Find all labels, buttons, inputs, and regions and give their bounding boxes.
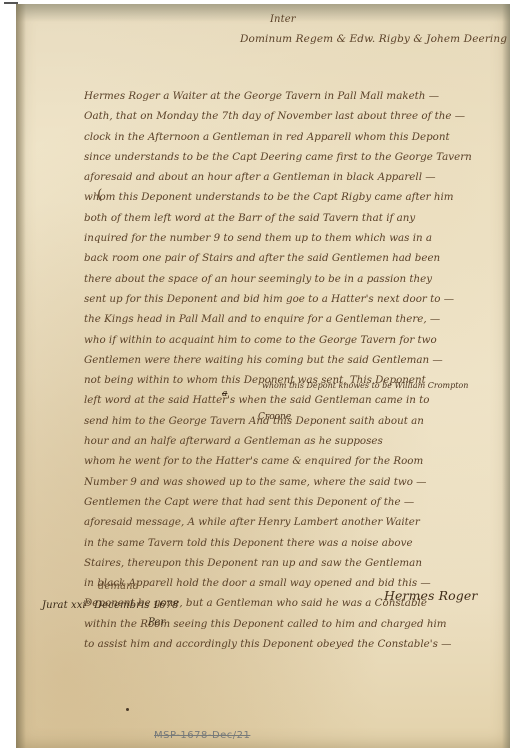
body-line: Hermes Roger a Waiter at the George Tave… <box>84 86 504 106</box>
archive-reference: MSP-1678-Dec/21 <box>154 730 250 741</box>
marginal-note: Inter <box>270 14 296 25</box>
body-line: in the same Tavern told this Deponent th… <box>84 533 504 553</box>
body-line: send him to the George Tavern And this D… <box>84 411 504 431</box>
body-line: inquired for the number 9 to send them u… <box>84 228 504 248</box>
body-line: who if within to acquaint him to come to… <box>84 330 504 350</box>
deponent-signature: Hermes Roger <box>384 588 477 603</box>
body-line: aforesaid and about an hour after a Gent… <box>84 167 504 187</box>
body-line: the Kings head in Pall Mall and to enqui… <box>84 309 504 329</box>
ink-spot <box>126 708 129 711</box>
body-line: Number 9 and was showed up to the same, … <box>84 472 504 492</box>
body-line: both of them left word at the Barr of th… <box>84 208 504 228</box>
body-line: sent up for this Deponent and bid him go… <box>84 289 504 309</box>
jurat-date: Jurat xxi° Decembris 1678 <box>42 600 179 611</box>
body-line: aforesaid message, A while after Henry L… <box>84 512 504 532</box>
case-parties-header: Dominum Regem & Edw. Rigby & Johem Deeri… <box>240 33 507 45</box>
body-line: Gentlemen the Capt were that had sent th… <box>84 492 504 512</box>
body-line: since understands to be the Capt Deering… <box>84 147 504 167</box>
continuation-word: demand <box>98 581 139 592</box>
deposition-body: Hermes Roger a Waiter at the George Tave… <box>84 86 504 654</box>
body-line: clock in the Afternoon a Gentleman in re… <box>84 127 504 147</box>
body-line: whom this Deponent understands to be the… <box>84 187 504 207</box>
body-line: Staires, thereupon this Deponent ran up … <box>84 553 504 573</box>
body-line: within the Room seeing this Deponent cal… <box>84 614 504 634</box>
body-line: back room one pair of Stairs and after t… <box>84 248 504 268</box>
body-line: hour and an halfe afterward a Gentleman … <box>84 431 504 451</box>
body-line: there about the space of an hour seeming… <box>84 269 504 289</box>
body-line: left word at the said Hatter's when the … <box>84 390 504 410</box>
body-line: Oath, that on Monday the 7th day of Nove… <box>84 106 504 126</box>
struck-out-word: a <box>222 389 227 399</box>
interlinear-insertion: Croone <box>258 412 291 422</box>
body-line: whom he went for to the Hatter's came & … <box>84 451 504 471</box>
body-line: to assist him and accordingly this Depon… <box>84 634 504 654</box>
jurat-initials: Per <box>148 617 165 628</box>
interlinear-insertion: whom this Depont knowes to be William Cr… <box>262 381 468 390</box>
body-line: Gentlemen were there waiting his coming … <box>84 350 504 370</box>
